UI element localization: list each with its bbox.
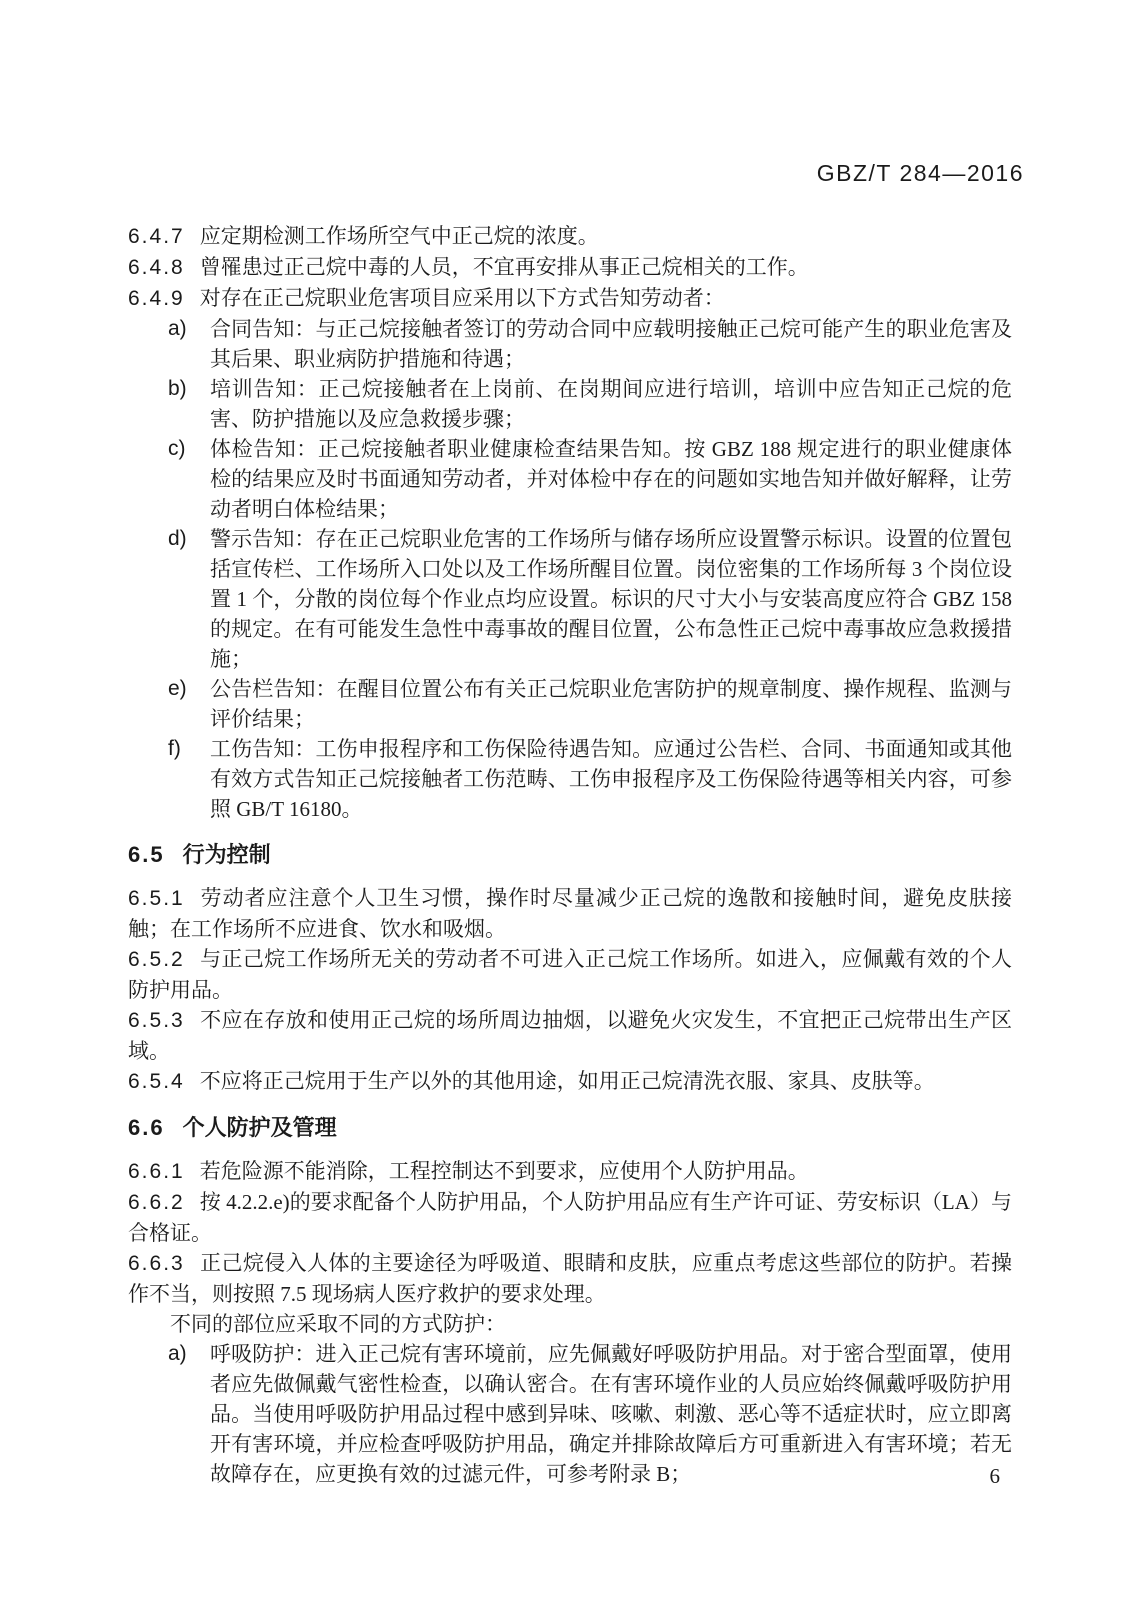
list-item: b)培训告知：正己烷接触者在上岗前、在岗期间应进行培训，培训中应告知正己烷的危害… xyxy=(128,374,1012,434)
list-item-letter: d) xyxy=(168,524,187,554)
clause-paragraph: 6.4.7应定期检测工作场所空气中正己烷的浓度。 xyxy=(128,221,1012,252)
clause-number: 6.4.7 xyxy=(128,225,185,248)
clause-text: 应定期检测工作场所空气中正己烷的浓度。 xyxy=(200,224,599,248)
clause-number: 6.5.2 xyxy=(128,948,185,971)
list-item-letter: a) xyxy=(168,314,187,344)
list-item: a)呼吸防护：进入正己烷有害环境前，应先佩戴好呼吸防护用品。对于密合型面罩，使用… xyxy=(128,1339,1012,1489)
clause-text: 不应在存放和使用正己烷的场所周边抽烟，以避免火灾发生，不宜把正己烷带出生产区域。 xyxy=(128,1008,1012,1063)
list-item-letter: c) xyxy=(168,434,186,464)
section-heading: 6.6个人防护及管理 xyxy=(128,1113,1012,1143)
list-item-letter: b) xyxy=(168,374,187,404)
list-item: c)体检告知：正己烷接触者职业健康检查结果告知。按 GBZ 188 规定进行的职… xyxy=(128,434,1012,524)
clause-paragraph: 6.4.8曾罹患过正己烷中毒的人员，不宜再安排从事正己烷相关的工作。 xyxy=(128,252,1012,283)
clause-paragraph: 6.6.2按 4.2.2.e)的要求配备个人防护用品，个人防护用品应有生产许可证… xyxy=(128,1187,1012,1248)
clause-number: 6.5.1 xyxy=(128,887,185,910)
indented-paragraph: 不同的部位应采取不同的方式防护： xyxy=(128,1309,1012,1339)
page-number: 6 xyxy=(990,1464,1001,1489)
clause-text: 若危险源不能消除，工程控制达不到要求，应使用个人防护用品。 xyxy=(200,1159,809,1183)
clause-number: 6.4.8 xyxy=(128,256,185,279)
list-item-text: 工伤告知：工伤申报程序和工伤保险待遇告知。应通过公告栏、合同、书面通知或其他有效… xyxy=(210,737,1012,821)
list-item-text: 公告栏告知：在醒目位置公布有关正己烷职业危害防护的规章制度、操作规程、监测与评价… xyxy=(210,677,1012,731)
clause-text: 劳动者应注意个人卫生习惯，操作时尽量减少正己烷的逸散和接触时间，避免皮肤接触；在… xyxy=(128,886,1012,941)
clause-paragraph: 6.5.3不应在存放和使用正己烷的场所周边抽烟，以避免火灾发生，不宜把正己烷带出… xyxy=(128,1005,1012,1066)
paragraph-text: 不同的部位应采取不同的方式防护： xyxy=(170,1312,506,1336)
list-item-text: 合同告知：与正己烷接触者签订的劳动合同中应载明接触正己烷可能产生的职业危害及其后… xyxy=(210,317,1012,371)
clause-text: 对存在正己烷职业危害项目应采用以下方式告知劳动者： xyxy=(200,286,725,310)
clause-paragraph: 6.6.1若危险源不能消除，工程控制达不到要求，应使用个人防护用品。 xyxy=(128,1156,1012,1187)
clause-text: 与正己烷工作场所无关的劳动者不可进入正己烷工作场所。如进入，应佩戴有效的个人防护… xyxy=(128,947,1012,1002)
list-item-text: 培训告知：正己烷接触者在上岗前、在岗期间应进行培训，培训中应告知正己烷的危害、防… xyxy=(210,377,1012,431)
section-title: 行为控制 xyxy=(183,842,271,867)
list-item: f)工伤告知：工伤申报程序和工伤保险待遇告知。应通过公告栏、合同、书面通知或其他… xyxy=(128,734,1012,824)
clause-paragraph: 6.6.3正己烷侵入人体的主要途径为呼吸道、眼睛和皮肤，应重点考虑这些部位的防护… xyxy=(128,1248,1012,1309)
clause-number: 6.5.4 xyxy=(128,1070,185,1093)
clause-text: 不应将正己烷用于生产以外的其他用途，如用正己烷清洗衣服、家具、皮肤等。 xyxy=(200,1069,935,1093)
document-page: GBZ/T 284—2016 6.4.7应定期检测工作场所空气中正己烷的浓度。6… xyxy=(0,0,1132,1600)
clause-number: 6.4.9 xyxy=(128,287,185,310)
list-item-text: 警示告知：存在正己烷职业危害的工作场所与储存场所应设置警示标识。设置的位置包括宣… xyxy=(210,527,1012,671)
doc-number: GBZ/T 284—2016 xyxy=(817,160,1024,187)
list-item: e)公告栏告知：在醒目位置公布有关正己烷职业危害防护的规章制度、操作规程、监测与… xyxy=(128,674,1012,734)
clause-number: 6.6.3 xyxy=(128,1252,185,1275)
list-item-letter: a) xyxy=(168,1339,187,1369)
list-item: a)合同告知：与正己烷接触者签订的劳动合同中应载明接触正己烷可能产生的职业危害及… xyxy=(128,314,1012,374)
clause-text: 曾罹患过正己烷中毒的人员，不宜再安排从事正己烷相关的工作。 xyxy=(200,255,809,279)
clause-text: 正己烷侵入人体的主要途径为呼吸道、眼睛和皮肤，应重点考虑这些部位的防护。若操作不… xyxy=(128,1251,1012,1306)
document-body: 6.4.7应定期检测工作场所空气中正己烷的浓度。6.4.8曾罹患过正己烷中毒的人… xyxy=(128,221,1012,1489)
list-item: d)警示告知：存在正己烷职业危害的工作场所与储存场所应设置警示标识。设置的位置包… xyxy=(128,524,1012,674)
section-title: 个人防护及管理 xyxy=(183,1115,337,1140)
list-item-text: 体检告知：正己烷接触者职业健康检查结果告知。按 GBZ 188 规定进行的职业健… xyxy=(210,437,1012,521)
clause-paragraph: 6.4.9对存在正己烷职业危害项目应采用以下方式告知劳动者： xyxy=(128,283,1012,314)
section-number: 6.5 xyxy=(128,842,165,867)
list-item-text: 呼吸防护：进入正己烷有害环境前，应先佩戴好呼吸防护用品。对于密合型面罩，使用者应… xyxy=(210,1342,1012,1486)
clause-paragraph: 6.5.4不应将正己烷用于生产以外的其他用途，如用正己烷清洗衣服、家具、皮肤等。 xyxy=(128,1066,1012,1097)
clause-number: 6.6.2 xyxy=(128,1191,185,1214)
list-item-letter: e) xyxy=(168,674,187,704)
clause-number: 6.5.3 xyxy=(128,1009,185,1032)
section-heading: 6.5行为控制 xyxy=(128,840,1012,870)
section-number: 6.6 xyxy=(128,1115,165,1140)
clause-paragraph: 6.5.2与正己烷工作场所无关的劳动者不可进入正己烷工作场所。如进入，应佩戴有效… xyxy=(128,944,1012,1005)
clause-number: 6.6.1 xyxy=(128,1160,185,1183)
clause-text: 按 4.2.2.e)的要求配备个人防护用品，个人防护用品应有生产许可证、劳安标识… xyxy=(128,1190,1012,1245)
list-item-letter: f) xyxy=(168,734,181,764)
clause-paragraph: 6.5.1劳动者应注意个人卫生习惯，操作时尽量减少正己烷的逸散和接触时间，避免皮… xyxy=(128,883,1012,944)
